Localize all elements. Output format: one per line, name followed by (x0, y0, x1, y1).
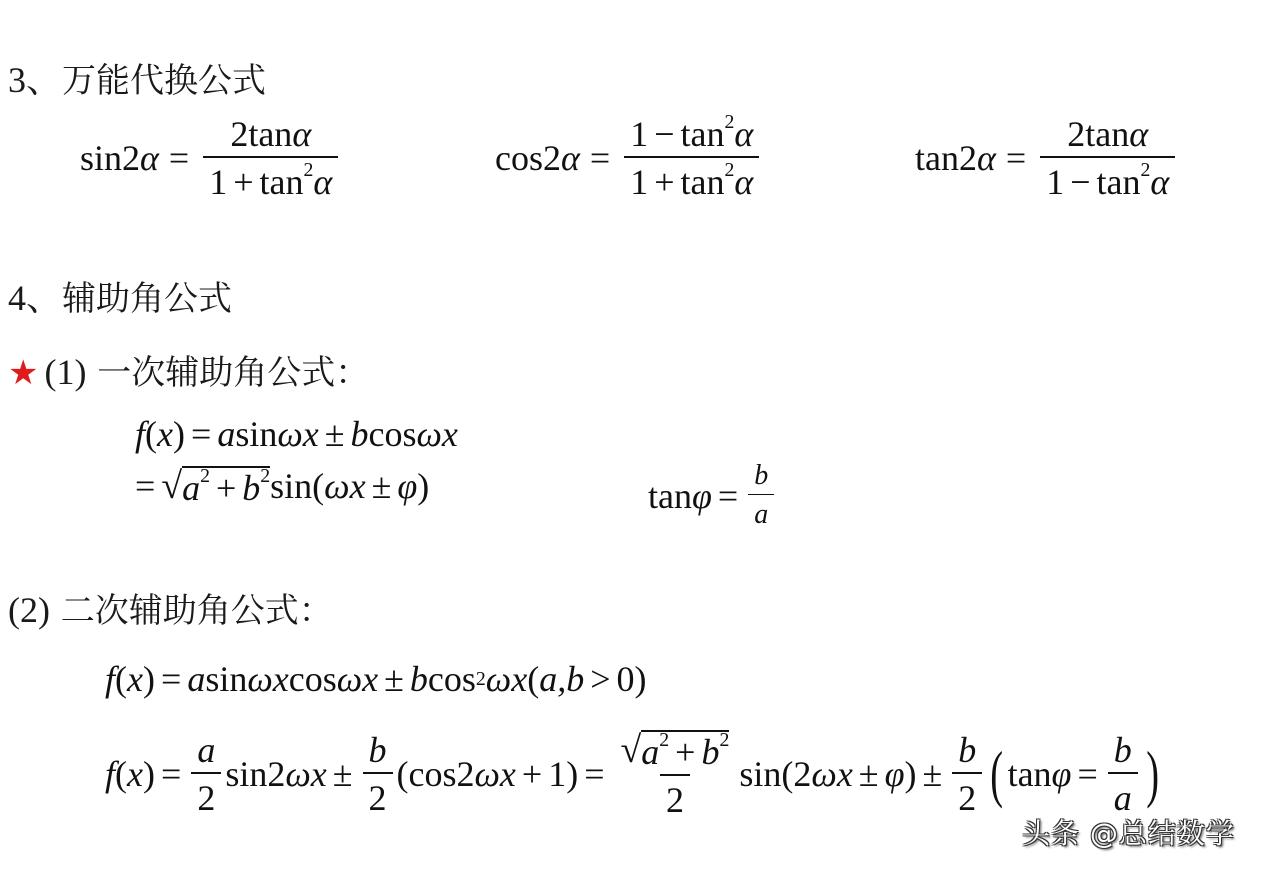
watermark: 头条 @总结数学 (1022, 812, 1235, 852)
sup: 2 (260, 465, 270, 487)
sup: 2 (1141, 159, 1151, 181)
pm: ± (372, 468, 392, 504)
denominator: 2 (369, 778, 387, 818)
sqrt: √a2+b2 (161, 466, 270, 506)
x: x (127, 661, 143, 697)
a: a (217, 416, 235, 452)
x: x (311, 756, 327, 792)
fraction: 2tanα 1−tan2α (1040, 116, 1175, 200)
phi: φ (397, 468, 417, 504)
lhs: cos2 (495, 140, 561, 176)
den-b: tan (1097, 162, 1141, 202)
gt: > (590, 661, 610, 697)
sin: sin (235, 416, 277, 452)
numerator: 2tan (230, 114, 292, 154)
formula-sin2a: sin2α = 2tanα 1+tan2α (80, 116, 342, 200)
var: α (313, 162, 332, 202)
sin: sin (739, 756, 781, 792)
plus: + (216, 468, 236, 508)
fraction: b a (1108, 732, 1138, 816)
condition: a,b (539, 661, 584, 697)
pm: ± (384, 661, 404, 697)
fraction: √a2+b2 2 (615, 730, 736, 818)
omega: ω (337, 661, 362, 697)
pm: ± (922, 756, 942, 792)
tan: tan (1008, 756, 1052, 792)
num-a: 1 (630, 114, 648, 154)
denominator: a (754, 499, 768, 530)
cos: cos (289, 661, 337, 697)
den-b: tan (681, 162, 725, 202)
formula-linear-line2: = √a2+b2 sin(ωx ± φ) (135, 466, 429, 506)
plus: + (675, 732, 695, 772)
fraction: b a (748, 462, 774, 529)
f: f (105, 756, 115, 792)
eq: = (718, 478, 738, 514)
tan: tan (648, 478, 692, 514)
sin: sin (270, 468, 312, 504)
pm: ± (325, 416, 345, 452)
section-number: 3、 (8, 60, 62, 100)
fraction: 2tanα 1+tan2α (203, 116, 338, 200)
x: x (362, 661, 378, 697)
b: b (351, 416, 369, 452)
sin: sin (205, 661, 247, 697)
formula-quadratic-line1: f(x) = asinωxcosωx ± bcos2ωx(a,b>0) (105, 661, 647, 697)
section-title-text: 万能代换公式 (62, 61, 266, 101)
subsection-1-title: ★(1) 一次辅助角公式： (8, 354, 369, 390)
eq: = (161, 661, 181, 697)
section-number: 4、 (8, 278, 62, 318)
var: α (734, 114, 753, 154)
den-op: + (233, 162, 253, 202)
numerator: 2tan (1067, 114, 1129, 154)
omega: ω (486, 661, 511, 697)
numerator: b (754, 460, 768, 491)
omega: ω (277, 416, 302, 452)
den-a: 1 (1046, 162, 1064, 202)
cos: cos (428, 661, 476, 697)
eq: = (1077, 756, 1097, 792)
num-b: tan (681, 114, 725, 154)
numerator: b (1114, 730, 1132, 770)
sup: 2 (719, 729, 729, 751)
star-icon: ★ (8, 353, 38, 393)
omega: ω (417, 416, 442, 452)
x: x (511, 661, 527, 697)
b: b (242, 468, 260, 508)
subsection-number: (2) (8, 590, 50, 630)
sin2: sin2 (225, 756, 285, 792)
pm: ± (333, 756, 353, 792)
den-a: 1 (630, 162, 648, 202)
formula-quadratic-line2: f(x) = a 2 sin2ωx ± b 2 (cos2ωx+1) = √a2… (105, 730, 1163, 818)
phi: φ (1052, 756, 1072, 792)
denominator: 2 (197, 778, 215, 818)
numerator: b (958, 730, 976, 770)
den-op: + (654, 162, 674, 202)
subsection-number: (1) (44, 352, 86, 392)
var: α (292, 114, 311, 154)
fraction: a 2 (191, 732, 221, 816)
denominator: 2 (666, 780, 684, 820)
fraction: b 2 (952, 732, 982, 816)
eq: = (135, 468, 155, 504)
formula-linear-line1: f(x) = asinωx ± bcosωx (135, 416, 458, 452)
eq: = (161, 756, 181, 792)
den-a: 1 (209, 162, 227, 202)
cos2: cos2 (409, 756, 475, 792)
plus: + (522, 756, 542, 792)
var: α (734, 162, 753, 202)
omega: ω (285, 756, 310, 792)
x: x (157, 416, 173, 452)
omega: ω (247, 661, 272, 697)
f: f (105, 661, 115, 697)
fraction: 1−tan2α 1+tan2α (624, 116, 759, 200)
sup: 2 (725, 111, 735, 133)
b: b (410, 661, 428, 697)
fraction: b 2 (363, 732, 393, 816)
var: α (140, 140, 159, 176)
f: f (135, 416, 145, 452)
section-3-title: 3、万能代换公式 (8, 62, 266, 98)
two: 2 (793, 756, 811, 792)
var: α (1150, 162, 1169, 202)
b: b (701, 732, 719, 772)
section-title-text: 辅助角公式 (62, 279, 232, 319)
formula-tan-phi: tanφ = b a (648, 462, 778, 529)
denominator: 2 (958, 778, 976, 818)
var: α (1129, 114, 1148, 154)
sqrt: √a2+b2 (621, 730, 730, 770)
den-op: − (1070, 162, 1090, 202)
formula-tan2a: tan2α = 2tanα 1−tan2α (915, 116, 1179, 200)
a: a (187, 661, 205, 697)
a: a (641, 732, 659, 772)
omega: ω (811, 756, 836, 792)
subsection-title-text: 一次辅助角公式： (97, 353, 369, 393)
x: x (303, 416, 319, 452)
x: x (837, 756, 853, 792)
var: α (561, 140, 580, 176)
numerator: b (369, 730, 387, 770)
zero: 0 (617, 661, 635, 697)
var: α (977, 140, 996, 176)
den-b: tan (260, 162, 304, 202)
omega: ω (324, 468, 349, 504)
omega: ω (475, 756, 500, 792)
sup: 2 (659, 729, 669, 751)
sup: 2 (200, 465, 210, 487)
x: x (500, 756, 516, 792)
sup: 2 (304, 159, 314, 181)
numerator: a (197, 730, 215, 770)
eq: = (191, 416, 211, 452)
a: a (182, 468, 200, 508)
subsection-title-text: 二次辅助角公式： (61, 591, 333, 631)
eq: = (584, 756, 604, 792)
section-4-title: 4、辅助角公式 (8, 280, 232, 316)
x: x (127, 756, 143, 792)
x: x (350, 468, 366, 504)
lhs: sin2 (80, 140, 140, 176)
one: 1 (548, 756, 566, 792)
cos: cos (369, 416, 417, 452)
subsection-2-title: (2) 二次辅助角公式： (8, 592, 333, 628)
lhs: tan2 (915, 140, 977, 176)
phi: φ (885, 756, 905, 792)
sup: 2 (725, 159, 735, 181)
x: x (442, 416, 458, 452)
x: x (273, 661, 289, 697)
formula-cos2a: cos2α = 1−tan2α 1+tan2α (495, 116, 763, 200)
pm: ± (859, 756, 879, 792)
num-op: − (654, 114, 674, 154)
phi: φ (692, 478, 712, 514)
